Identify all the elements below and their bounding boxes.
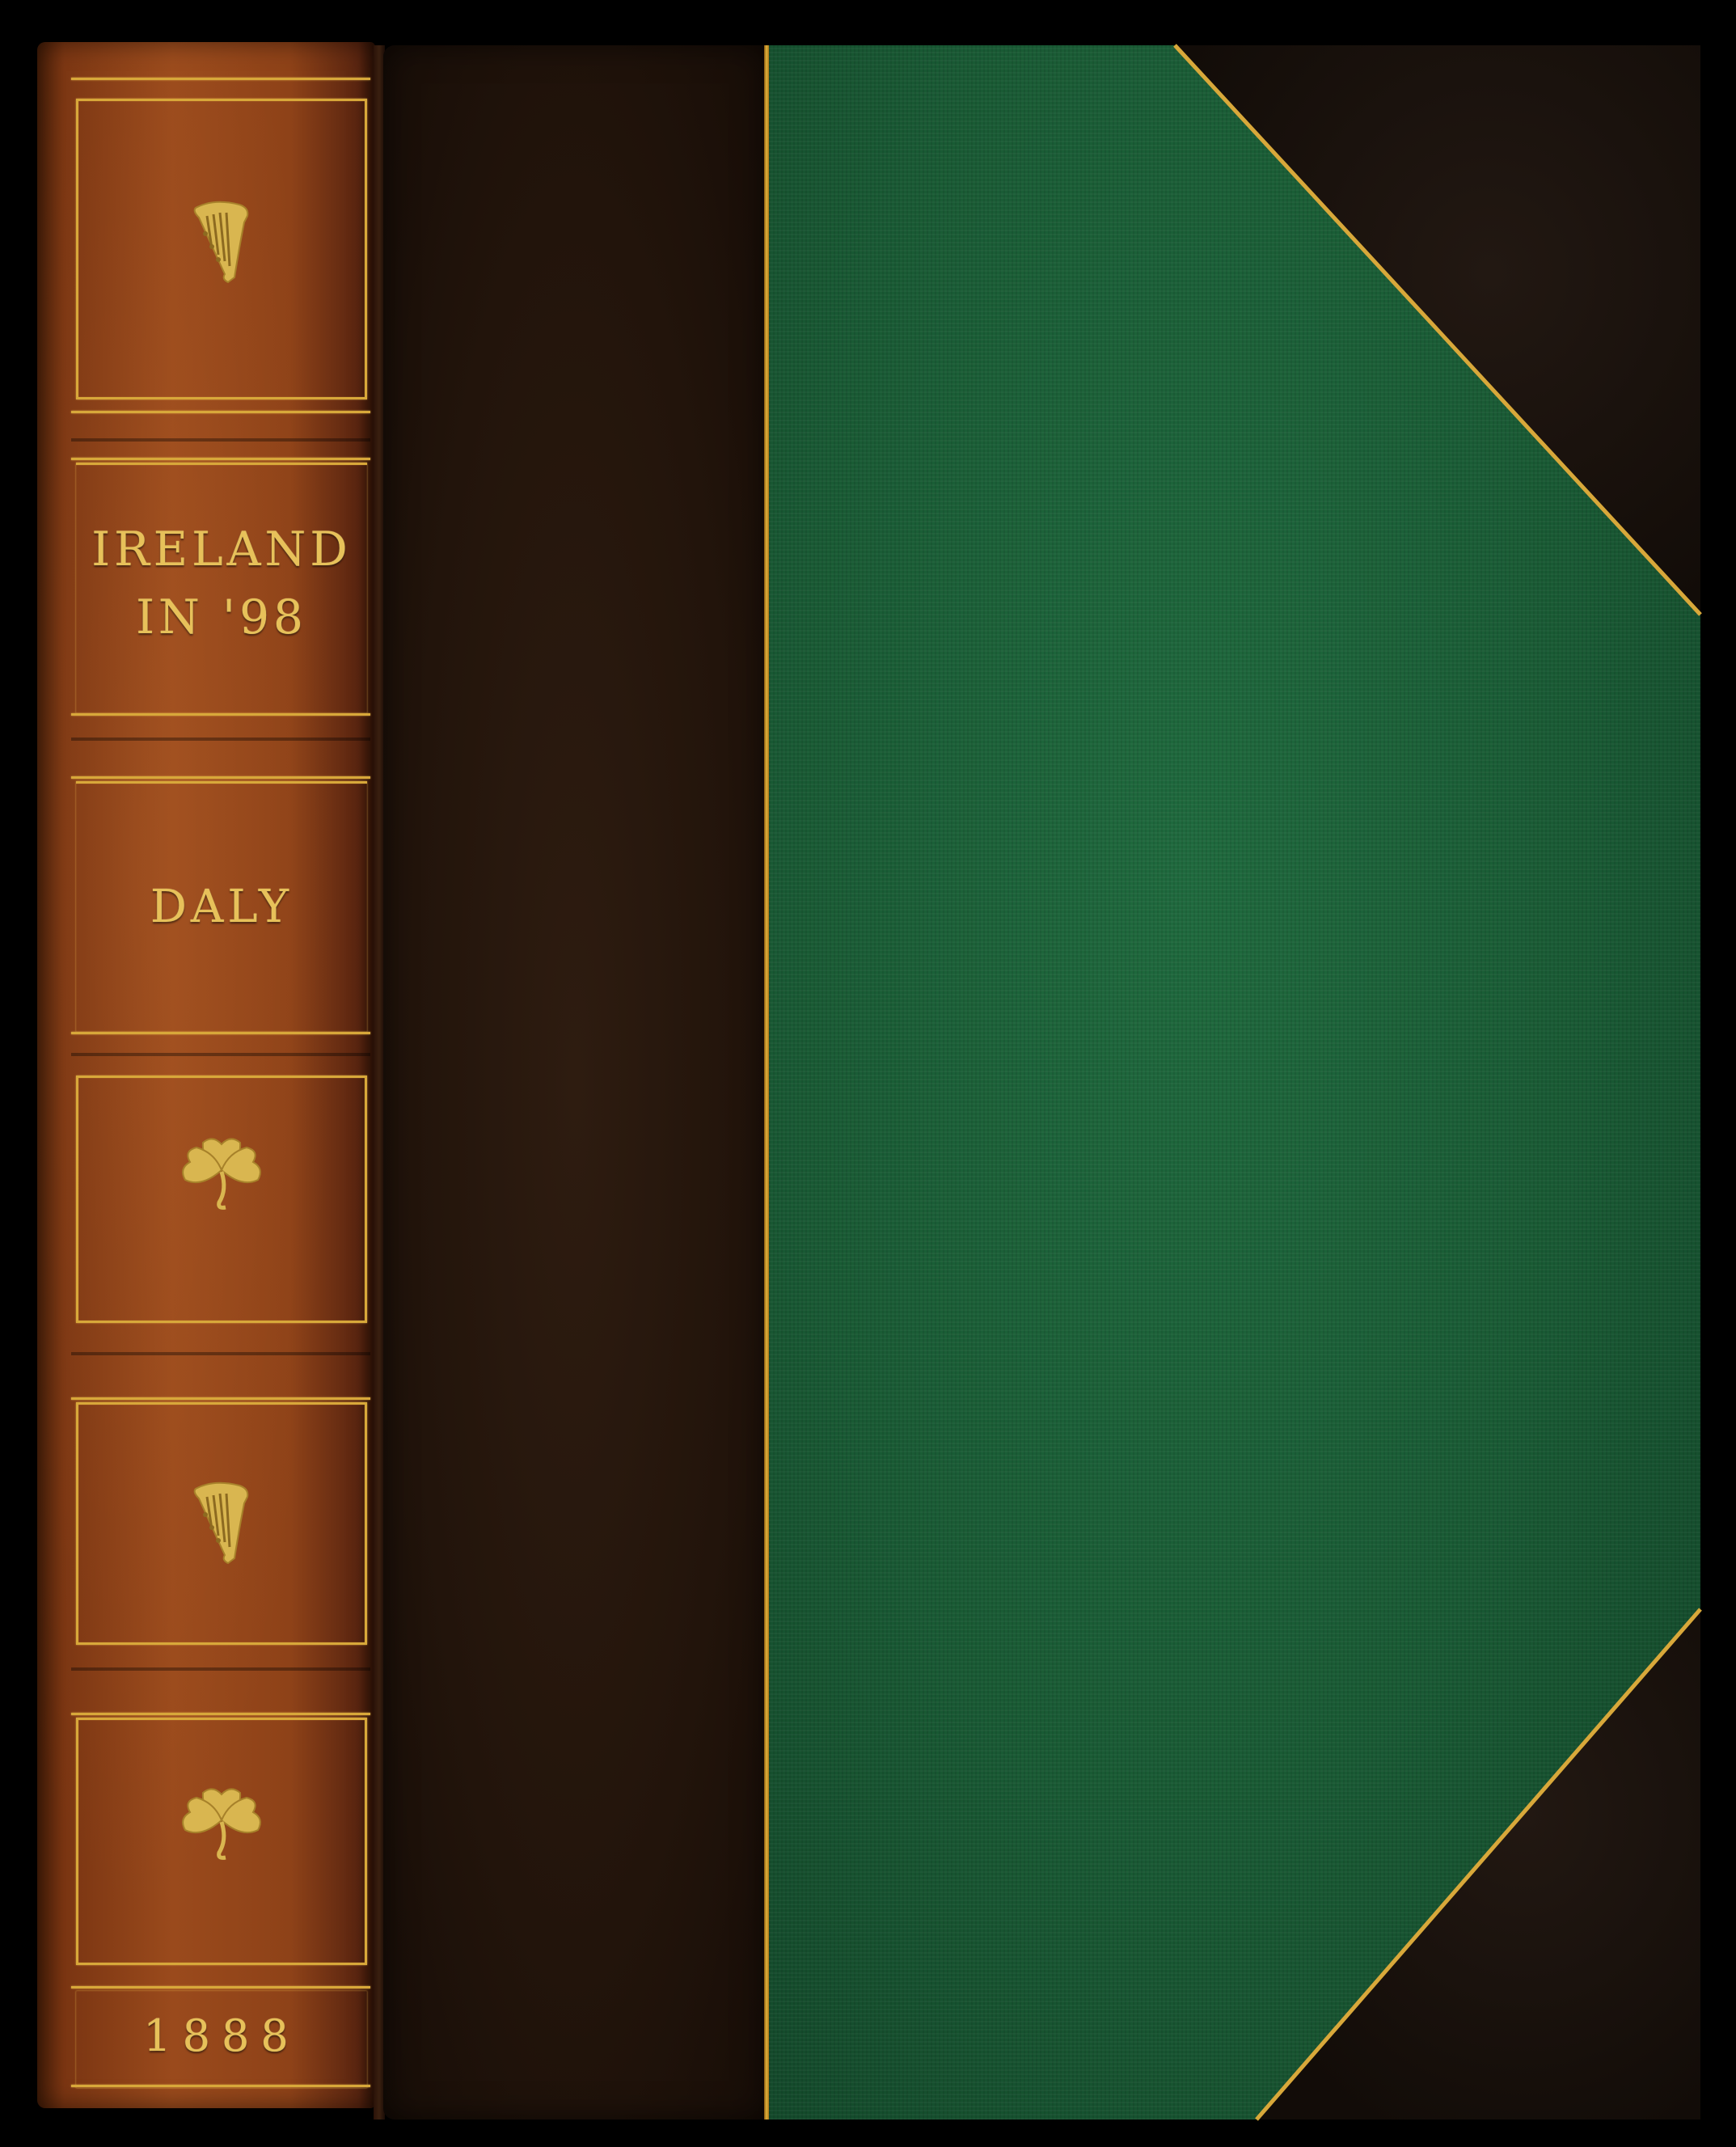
bottom-right-leather-corner: [1257, 1609, 1700, 2120]
leather-corners: [0, 0, 1736, 2147]
top-right-leather-corner: [1175, 45, 1700, 615]
book-cover: IRELAND IN '98 DALY: [0, 0, 1736, 2147]
